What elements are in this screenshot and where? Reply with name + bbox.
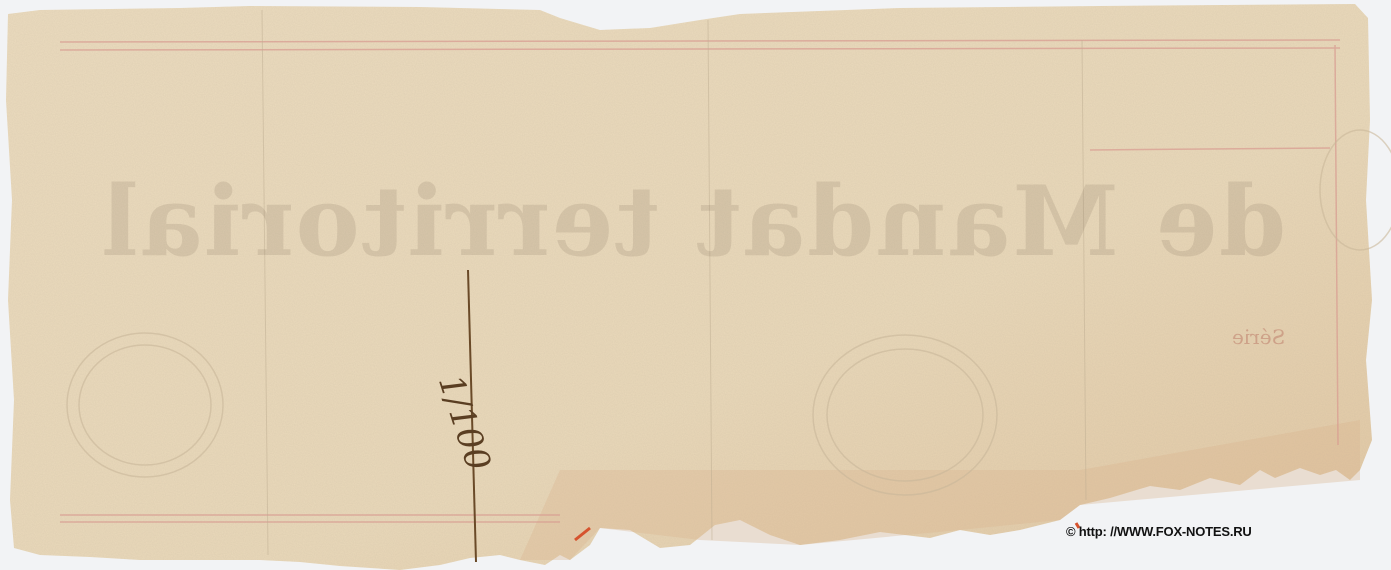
banknote-scan: de Mandat territorial Série 1/100 © http… [0, 0, 1391, 570]
bleed-through-serie: Série [1232, 325, 1285, 349]
bleed-through-title: de Mandat territorial [100, 165, 1286, 278]
banknote-paper [0, 0, 1391, 570]
bleed-through-title-main: Mandat territorial [100, 165, 1119, 278]
watermark-credit: © http: //WWW.FOX-NOTES.RU [1066, 524, 1252, 539]
bleed-through-title-prefix: de [1154, 165, 1286, 278]
